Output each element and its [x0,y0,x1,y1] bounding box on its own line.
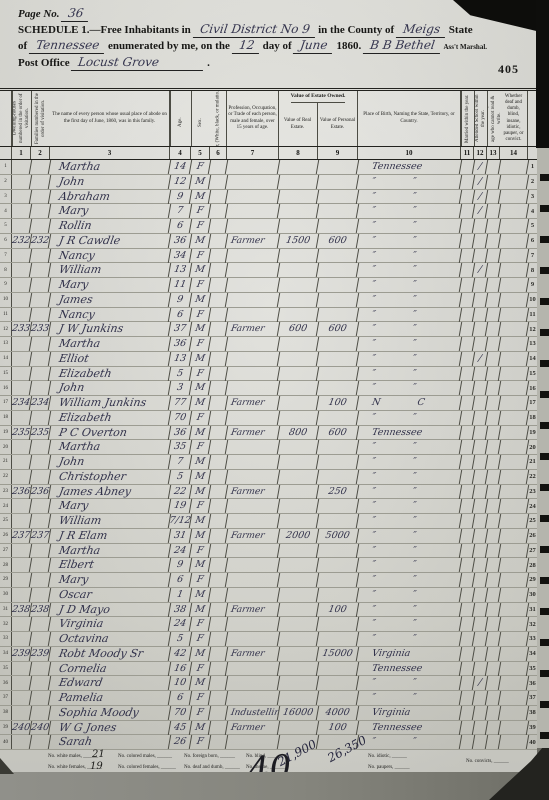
personal-estate-value [317,219,359,233]
birthplace-value: ″ ″ [357,381,462,395]
line-number-right: 9 [528,278,537,292]
sheet-corner-number: 405 [498,62,519,77]
sex-value: F [190,544,211,558]
person-name: Mary [49,573,171,587]
line-number-right: 13 [528,337,537,351]
occupation-value [226,455,280,469]
personal-estate-value: 600 [317,234,359,248]
age-value: 6 [169,691,192,705]
dwelling-number [11,470,32,484]
scan-dark-edge [536,0,549,148]
real-estate-value [278,440,319,454]
remarks-value [499,249,529,263]
remarks-value [499,322,529,336]
birthplace-value: ″ ″ [357,322,462,336]
occupation-value [226,588,280,602]
district-value: Civil District No 9 [192,22,316,38]
age-value: 36 [169,234,192,248]
remarks-value [499,499,529,513]
occupation-value: Industelling [226,706,280,720]
age-value: 14 [169,160,192,174]
age-value: 11 [169,278,192,292]
sex-value: F [190,367,211,381]
personal-estate-value: 100 [317,721,359,735]
month-value: June [293,38,335,54]
table-row: 20 Martha 35 F ″ ″ 20 [0,440,537,455]
person-name: Christopher [49,470,171,484]
convicts-label: No. convicts, [466,759,509,764]
sex-value: M [190,485,211,499]
birthplace-value: ″ ″ [357,234,462,248]
col-header-remarks: Whether deaf and dumb, blind, insane, id… [500,91,528,146]
age-value: 36 [169,426,192,440]
personal-estate-value [317,573,359,587]
birthplace-value: ″ ″ [357,529,462,543]
page-no-label: Page No. [18,8,60,20]
real-estate-value [278,588,319,602]
family-number [30,190,51,204]
real-estate-value [278,337,319,351]
table-row: 4 Mary 7 F ″ ″ / 4 [0,204,537,219]
birthplace-value: ″ ″ [357,470,462,484]
personal-estate-value: 4000 [317,706,359,720]
person-name: J R Elam [49,529,171,543]
age-value: 5 [169,470,192,484]
remarks-value [499,411,529,425]
line-number-right: 25 [528,514,537,528]
sex-value: M [190,293,211,307]
real-estate-value [278,603,319,617]
family-number: 239 [30,647,51,661]
personal-estate-value [317,249,359,263]
person-name: Elliot [49,352,171,366]
line-number-right: 8 [528,263,537,277]
age-value: 6 [169,219,192,233]
person-name: Edward [49,676,171,690]
line-number-right: 1 [528,160,537,174]
birthplace-value: ″ ″ [357,544,462,558]
person-name: P C Overton [49,426,171,440]
white-males-value: 21 [92,749,105,760]
col-header-age: Age. [170,91,191,146]
occupation-value [226,514,280,528]
person-name: Virginia [49,617,171,631]
line-number-right: 34 [528,647,537,661]
real-estate-value: 800 [278,426,319,440]
census-page-scan: Page No. 36 SCHEDULE 1.—Free Inhabitants… [0,0,549,800]
table-row: 13 Martha 36 F ″ ″ 13 [0,337,537,352]
remarks-value [499,647,529,661]
family-number [30,470,51,484]
remarks-value [499,470,529,484]
sex-value: M [190,352,211,366]
real-estate-value [278,558,319,572]
person-name: William [49,263,171,277]
occupation-value [226,691,280,705]
birthplace-value: ″ ″ [357,514,462,528]
personal-estate-value: 600 [317,426,359,440]
age-value: 36 [169,337,192,351]
remarks-value [499,735,529,749]
age-value: 24 [169,617,192,631]
occupation-value: Farmer [226,721,280,735]
personal-estate-value [317,367,359,381]
sex-value: M [190,234,211,248]
remarks-value [499,263,529,277]
table-row: 22 Christopher 5 M ″ ″ 22 [0,470,537,485]
age-value: 31 [169,529,192,543]
family-number [30,706,51,720]
occupation-value [226,411,280,425]
person-name: J W Junkins [49,322,171,336]
age-value: 24 [169,544,192,558]
person-name: Pamelia [49,691,171,705]
sex-value: M [190,426,211,440]
occupation-value [226,337,280,351]
remarks-value [499,603,529,617]
schedule-label: SCHEDULE 1.—Free Inhabitants in [18,24,191,36]
real-estate-value [278,352,319,366]
remarks-value [499,676,529,690]
remarks-value [499,367,529,381]
column-number: 9 [318,147,358,159]
personal-estate-value [317,263,359,277]
sex-value: M [190,175,211,189]
remarks-value [499,514,529,528]
remarks-value [499,278,529,292]
age-value: 34 [169,249,192,263]
column-number: 7 [227,147,279,159]
remarks-value [499,352,529,366]
birthplace-value: ″ ″ [357,573,462,587]
personal-estate-value [317,175,359,189]
birthplace-value: ″ ″ [357,735,462,749]
occupation-value [226,204,280,218]
personal-estate-value: 5000 [317,529,359,543]
age-value: 7/12 [169,514,192,528]
age-value: 7 [169,455,192,469]
age-value: 6 [169,573,192,587]
person-name: Octavina [49,632,171,646]
line-number-right: 7 [528,249,537,263]
dwelling-number: 236 [11,485,32,499]
line-number-right: 19 [528,426,537,440]
age-value: 9 [169,293,192,307]
line-number-right: 12 [528,322,537,336]
value-group-label: Value of Estate Owned. [291,91,346,103]
margin-cell [528,147,537,159]
family-number [30,175,51,189]
personal-estate-value [317,293,359,307]
age-value: 7 [169,204,192,218]
person-name: John [49,175,171,189]
dwelling-number [11,662,32,676]
line-number-right: 30 [528,588,537,602]
remarks-value [499,219,529,233]
occupation-value [226,308,280,322]
personal-estate-value [317,204,359,218]
line-number-right: 32 [528,617,537,631]
birthplace-value: ″ ″ [357,190,462,204]
document-header: Page No. 36 SCHEDULE 1.—Free Inhabitants… [18,6,528,71]
line-number-right: 15 [528,367,537,381]
birthplace-value: ″ ″ [357,455,462,469]
person-name: Robt Moody Sr [49,647,171,661]
person-name: Oscar [49,588,171,602]
table-row: 37 Pamelia 6 F ″ ″ 37 [0,691,537,706]
real-estate-value [278,499,319,513]
family-number: 235 [30,426,51,440]
table-row: 32 Virginia 24 F ″ ″ 32 [0,617,537,632]
personal-estate-value [317,160,359,174]
remarks-value [499,308,529,322]
real-estate-value: 2000 [278,529,319,543]
white-females-value: 19 [90,761,103,772]
real-estate-value [278,676,319,690]
table-row: 30 Oscar 1 M ″ ″ 30 [0,588,537,603]
year-label: 1860. [337,40,362,52]
occupation-value [226,219,280,233]
line-number-right: 31 [528,603,537,617]
personal-estate-value: 100 [317,603,359,617]
age-value: 38 [169,603,192,617]
family-number [30,352,51,366]
line-number-right: 10 [528,293,537,307]
age-value: 6 [169,308,192,322]
column-number: 3 [50,147,170,159]
remarks-value [499,396,529,410]
real-estate-value [278,190,319,204]
birthplace-value: N C [357,396,462,410]
person-name: Mary [49,499,171,513]
dwelling-number [11,411,32,425]
sex-value: M [190,647,211,661]
personal-estate-value: 250 [317,485,359,499]
occupation-value [226,440,280,454]
sex-value: F [190,249,211,263]
personal-estate-value [317,308,359,322]
page-number-line: Page No. 36 [18,6,528,22]
col-header-dwelling: Dwelling-houses numbered in the order of… [12,91,31,146]
remarks-value [499,485,529,499]
family-number [30,367,51,381]
birthplace-value: ″ ″ [357,558,462,572]
person-name: Martha [49,337,171,351]
birthplace-value: ″ ″ [357,175,462,189]
age-value: 35 [169,440,192,454]
column-number: 12 [474,147,487,159]
real-estate-value [278,160,319,174]
dwelling-number [11,190,32,204]
person-name: James [49,293,171,307]
table-row: 19 235 235 P C Overton 36 M Farmer 800 6… [0,426,537,441]
remarks-value [499,662,529,676]
family-number: 238 [30,603,51,617]
birthplace-value: ″ ″ [357,676,462,690]
dwelling-number: 238 [11,603,32,617]
age-value: 9 [169,558,192,572]
personal-estate-value [317,514,359,528]
family-number [30,411,51,425]
birthplace-value: ″ ″ [357,603,462,617]
occupation-value [226,632,280,646]
person-name: Nancy [49,308,171,322]
county-label: in the County of [318,24,394,36]
age-value: 70 [169,411,192,425]
real-estate-value [278,263,319,277]
age-value: 13 [169,263,192,277]
real-estate-value [278,662,319,676]
family-number [30,588,51,602]
real-estate-value [278,573,319,587]
occupation-value [226,352,280,366]
birthplace-value: ″ ″ [357,367,462,381]
table-row: 27 Martha 24 F ″ ″ 27 [0,544,537,559]
age-value: 37 [169,322,192,336]
remarks-value [499,204,529,218]
remarks-value [499,426,529,440]
occupation-value [226,190,280,204]
real-estate-value [278,617,319,631]
occupation-value [226,735,280,749]
binding-marks [540,150,549,742]
line-number-right: 27 [528,544,537,558]
table-row: 16 John 3 M ″ ″ 16 [0,381,537,396]
occupation-value [226,278,280,292]
personal-estate-value [317,544,359,558]
dwelling-number [11,293,32,307]
age-value: 70 [169,706,192,720]
birthplace-value: ″ ″ [357,617,462,631]
personal-estate-value: 15000 [317,647,359,661]
line-number-right: 20 [528,440,537,454]
birthplace-value: ″ ″ [357,219,462,233]
occupation-value: Farmer [226,426,280,440]
person-name: J R Cawdle [49,234,171,248]
age-value: 5 [169,632,192,646]
family-number: 232 [30,234,51,248]
person-name: Rollin [49,219,171,233]
line-number-right: 3 [528,190,537,204]
col-header-birthplace: Place of Birth, Naming the State, Territ… [358,91,461,146]
line-number-right: 39 [528,721,537,735]
dwelling-number [11,352,32,366]
sex-value: F [190,706,211,720]
age-value: 13 [169,352,192,366]
age-value: 45 [169,721,192,735]
real-estate-value [278,367,319,381]
colored-males-label: No. colored males, [118,754,172,759]
real-estate-value [278,514,319,528]
column-number: 8 [279,147,318,159]
family-number: 236 [30,485,51,499]
real-estate-value [278,308,319,322]
birthplace-value: ″ ″ [357,204,462,218]
person-name: Nancy [49,249,171,263]
line-number-right: 29 [528,573,537,587]
marshal-title: Ass't Marshal. [443,43,487,51]
sex-value: F [190,662,211,676]
line-number-right: 35 [528,662,537,676]
birthplace-value: ″ ″ [357,440,462,454]
table-row: 24 Mary 19 F ″ ″ 24 [0,499,537,514]
dwelling-number: 240 [11,721,32,735]
remarks-value [499,160,529,174]
deaf-dumb-label: No. deaf and dumb, [184,765,240,770]
table-row: 35 Cornelia 16 F Tennessee 35 [0,662,537,677]
page-no-value: 36 [61,6,91,22]
line-number-right: 2 [528,175,537,189]
table-row: 31 238 238 J D Mayo 38 M Farmer 100 ″ ″ … [0,603,537,618]
age-value: 77 [169,396,192,410]
sex-value: M [190,721,211,735]
of-label: of [18,40,27,52]
left-margin-header [0,91,12,146]
age-value: 26 [169,735,192,749]
family-number [30,293,51,307]
occupation-value [226,293,280,307]
schedule-line: SCHEDULE 1.—Free Inhabitants in Civil Di… [18,22,528,38]
column-number: 14 [500,147,528,159]
table-row: 40 Sarah 26 F ″ ″ 40 [0,735,537,750]
dwelling-number [11,249,32,263]
person-name: James Abney [49,485,171,499]
remarks-value [499,632,529,646]
remarks-value [499,721,529,735]
sex-value: F [190,308,211,322]
sex-value: M [190,470,211,484]
column-number: 6 [210,147,227,159]
birthplace-value: Tennessee [357,721,462,735]
occupation-value: Farmer [226,647,280,661]
table-row: 21 John 7 M ″ ″ 21 [0,455,537,470]
sex-value: M [190,603,211,617]
table-row: 26 237 237 J R Elam 31 M Farmer 2000 500… [0,529,537,544]
col-group-value-of-estate: Value of Estate Owned. Value of Real Est… [279,91,358,146]
post-office-line: Post Office Locust Grove . [18,55,528,71]
real-estate-value [278,278,319,292]
occupation-value [226,175,280,189]
occupation-value: Farmer [226,322,280,336]
occupation-value [226,573,280,587]
birthplace-value: Tennessee [357,426,462,440]
person-name: William [49,514,171,528]
remarks-value [499,234,529,248]
real-estate-value: 600 [278,322,319,336]
real-estate-value [278,632,319,646]
line-number-right: 23 [528,485,537,499]
age-value: 9 [169,190,192,204]
column-number: 5 [191,147,210,159]
table-row: 10 James 9 M ″ ″ 10 [0,293,537,308]
remarks-value [499,588,529,602]
column-number: 13 [487,147,500,159]
census-table: Dwelling-houses numbered in the order of… [0,88,537,778]
table-row: 12 233 233 J W Junkins 37 M Farmer 600 6… [0,322,537,337]
occupation-value: Farmer [226,234,280,248]
table-row: 8 William 13 M ″ ″ / 8 [0,263,537,278]
dwelling-number [11,367,32,381]
remarks-value [499,558,529,572]
person-name: Cornelia [49,662,171,676]
occupation-value [226,160,280,174]
dwelling-number [11,544,32,558]
person-name: Elbert [49,558,171,572]
occupation-value: Farmer [226,603,280,617]
table-header-row: Dwelling-houses numbered in the order of… [0,91,537,147]
line-number-right: 22 [528,470,537,484]
dwelling-number: 239 [11,647,32,661]
